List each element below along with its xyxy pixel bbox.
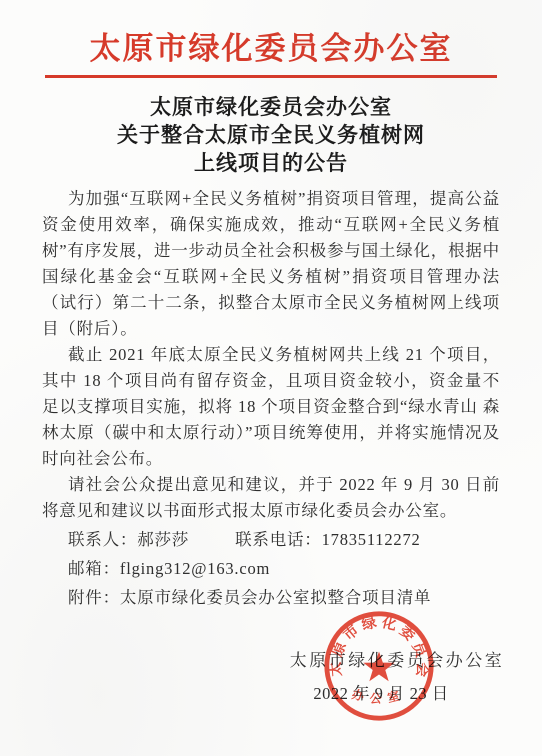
attachment-value: 太原市绿化委员会办公室拟整合项目清单 <box>120 588 431 607</box>
announcement-document: 太原市绿化委员会办公室 太原市绿化委员会办公室 关于整合太原市全民义务植树网 上… <box>0 0 542 756</box>
document-title: 太原市绿化委员会办公室 关于整合太原市全民义务植树网 上线项目的公告 <box>0 93 542 177</box>
paragraph-feedback: 请社会公众提出意见和建议，并于 2022 年 9 月 30 日前将意见和建议以书… <box>42 472 500 524</box>
official-seal: 太原市绿化委员会 办公室 <box>321 608 437 724</box>
paragraph-purpose: 为加强“互联网+全民义务植树”捐资项目管理，提高公益资金使用效率，确保实施成效，… <box>42 186 500 342</box>
seal-bottom-text: 办公室 <box>350 686 407 705</box>
attachment-label: 附件： <box>68 588 120 607</box>
document-title-line-2: 关于整合太原市全民义务植树网 <box>0 121 542 149</box>
contact-person-value: 郝莎莎 <box>137 530 189 549</box>
letterhead-title: 太原市绿化委员会办公室 <box>42 30 500 68</box>
star-icon <box>363 652 394 682</box>
contact-phone-value: 17835112272 <box>322 530 421 549</box>
contact-email-label: 邮箱： <box>68 559 120 578</box>
paragraph-projects: 截止 2021 年底太原全民义务植树网共上线 21 个项目，其中 18 个项目尚… <box>42 342 500 472</box>
document-title-line-3: 上线项目的公告 <box>0 149 542 177</box>
document-body: 为加强“互联网+全民义务植树”捐资项目管理，提高公益资金使用效率，确保实施成效，… <box>42 186 500 524</box>
document-title-line-1: 太原市绿化委员会办公室 <box>0 93 542 121</box>
contact-email-value: flging312@163.com <box>120 559 270 578</box>
contact-person-label: 联系人： <box>68 530 137 549</box>
contact-email-row: 邮箱：flging312@163.com <box>42 556 500 582</box>
contact-person-row: 联系人：郝莎莎联系电话：17835112272 <box>42 527 500 553</box>
letterhead-divider <box>45 75 497 78</box>
contact-phone-label: 联系电话： <box>235 530 322 549</box>
